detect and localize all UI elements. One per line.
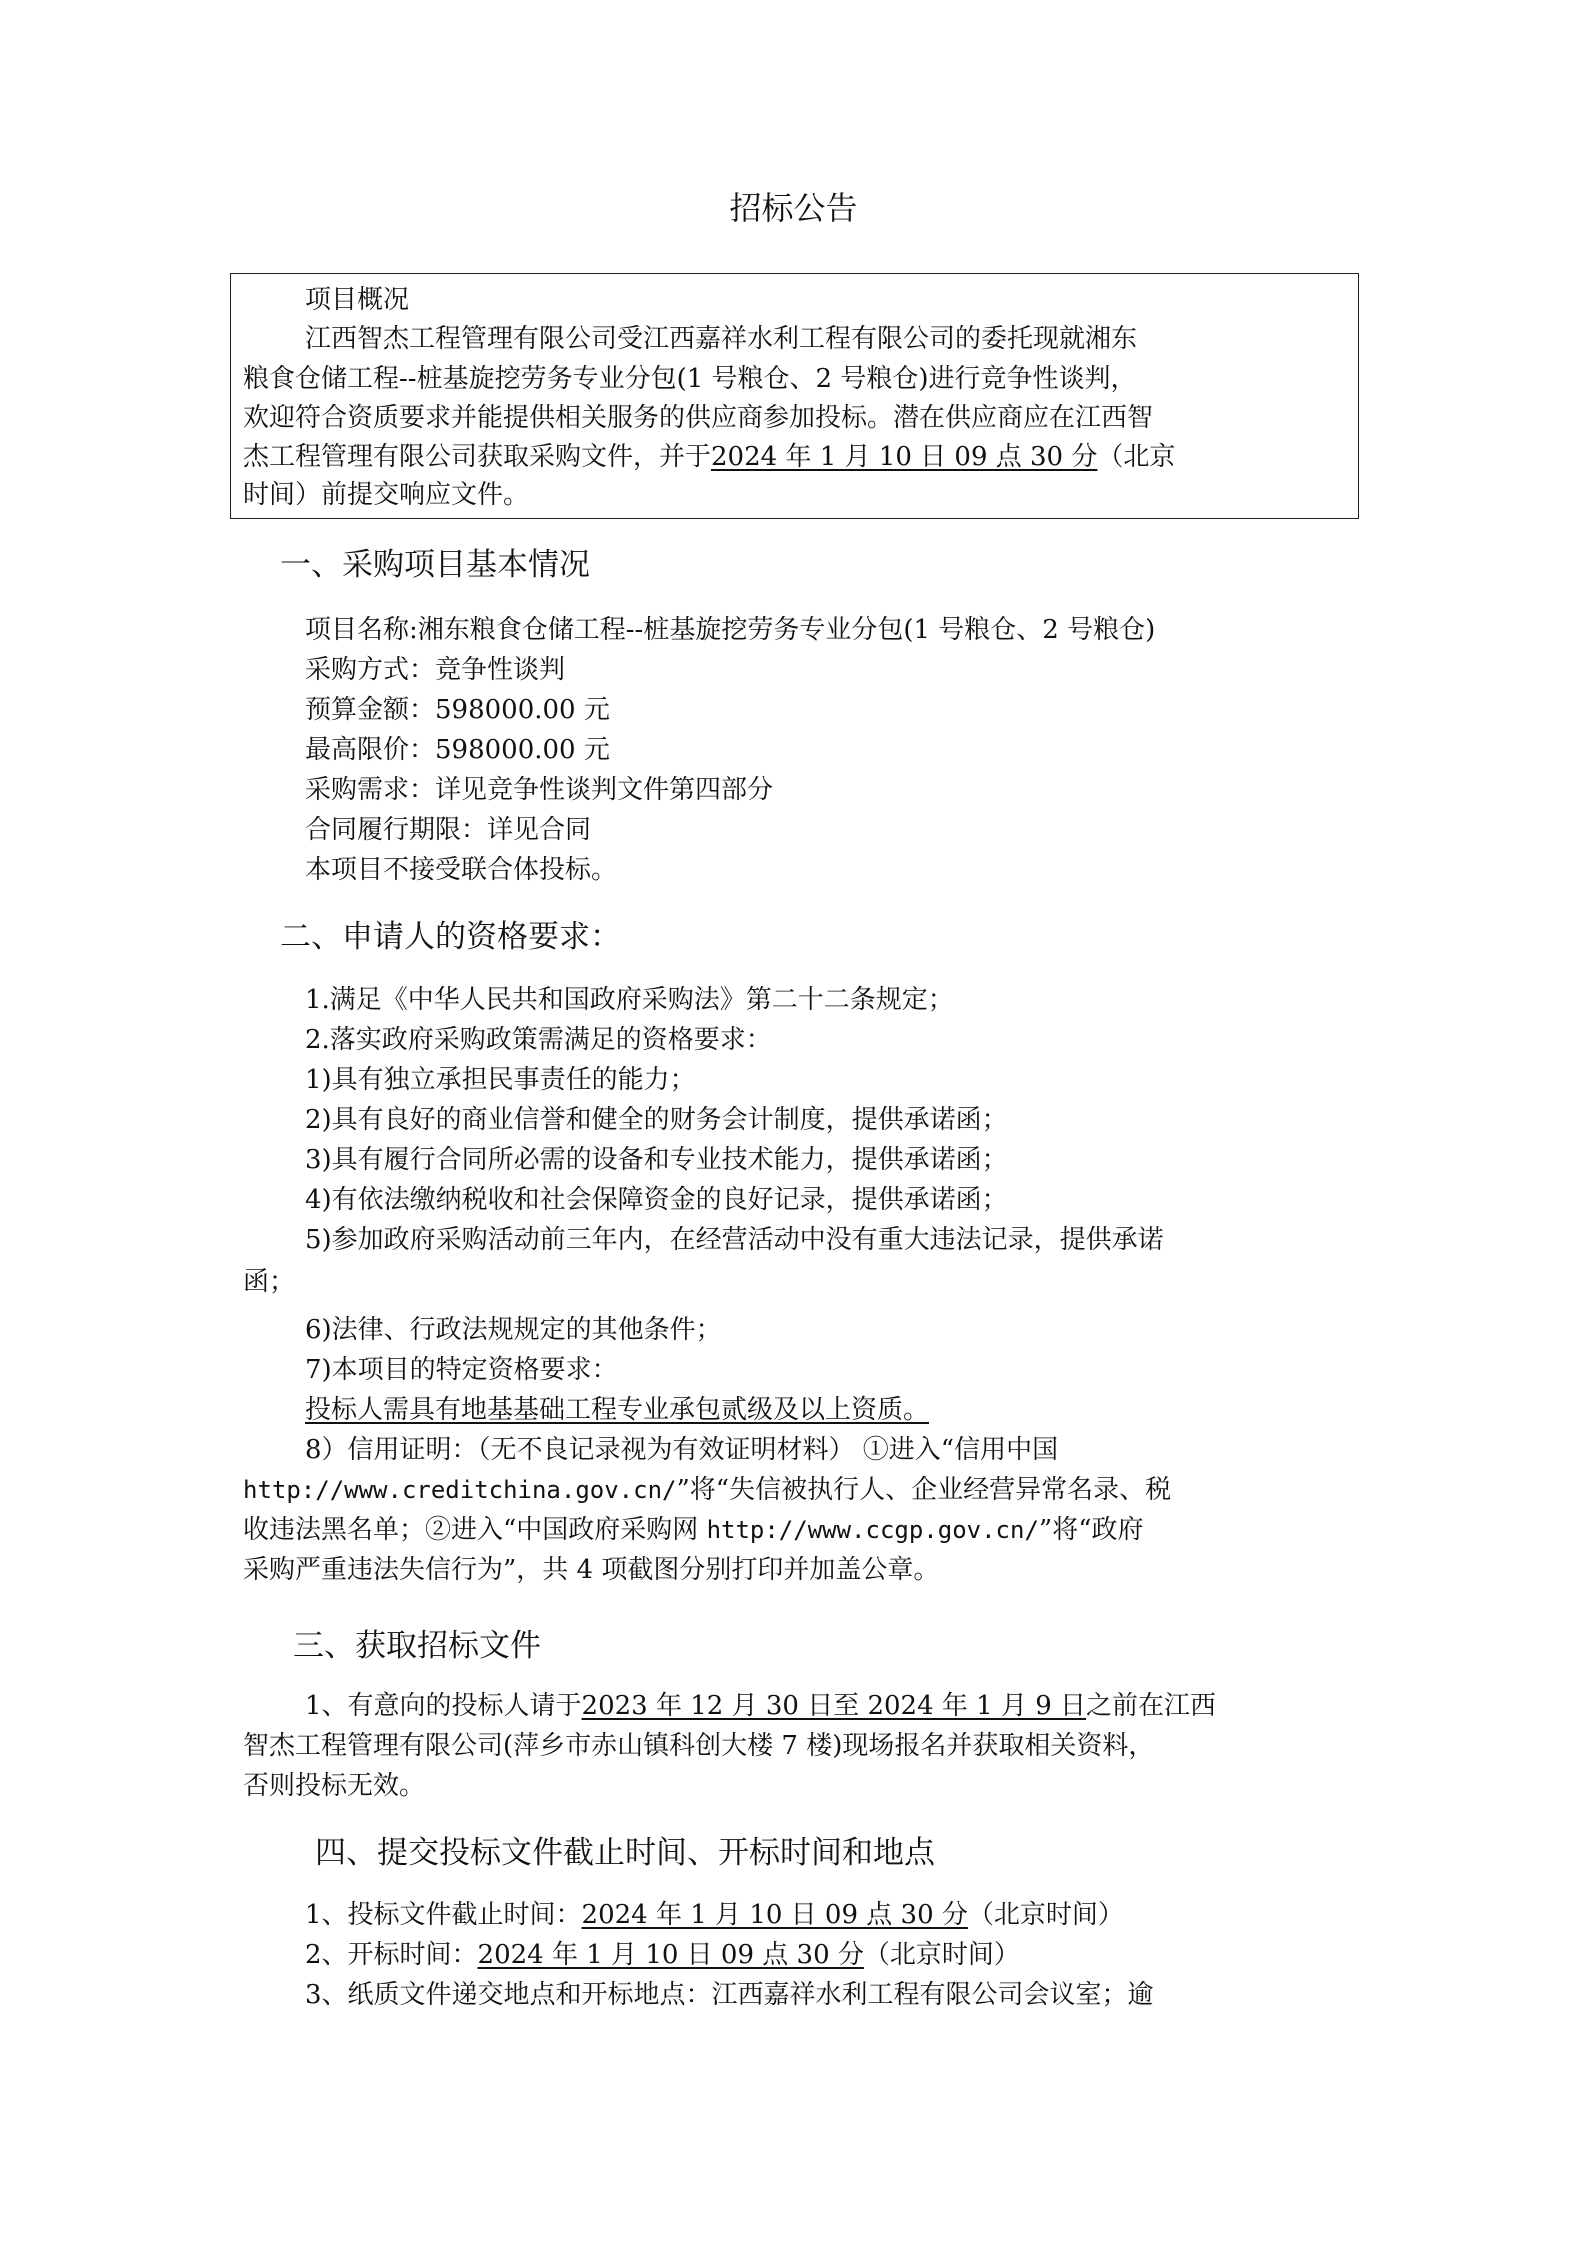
section3-line: 1、有意向的投标人请于2023 年 12 月 30 日至 2024 年 1 月 … [305,1691,1216,1721]
overview-line: 粮食仓储工程--桩基旋挖劳务专业分包(1 号粮仓、2 号粮仓)进行竞争性谈判， [243,364,1136,394]
overview-line: 杰工程管理有限公司获取采购文件，并于2024 年 1 月 10 日 09 点 3… [243,442,1175,472]
credit-line: http://www.creditchina.gov.cn/”将“失信被执行人、… [243,1475,1171,1505]
section1-item: 采购需求：详见竞争性谈判文件第四部分 [305,775,773,805]
section3-line: 智杰工程管理有限公司(萍乡市赤山镇科创大楼 7 楼)现场报名并获取相关资料， [243,1731,1154,1761]
credit-line: 采购严重违法失信行为”，共 4 项截图分别打印并加盖公章。 [243,1555,939,1585]
section2-item: 2)具有良好的商业信誉和健全的财务会计制度，提供承诺函； [305,1105,1008,1135]
section1-item: 最高限价：598000.00 元 [305,735,610,765]
special-requirement: 投标人需具有地基基础工程专业承包贰级及以上资质。 [305,1395,929,1425]
overview-line: 时间）前提交响应文件。 [243,480,529,510]
section4-item: 1、投标文件截止时间：2024 年 1 月 10 日 09 点 30 分（北京时… [305,1900,1124,1930]
credit-line: 8）信用证明：（无不良记录视为有效证明材料） ①进入“信用中国 [305,1435,1058,1465]
section2-item: 1)具有独立承担民事责任的能力； [305,1065,696,1095]
creditchina-link[interactable]: http://www.creditchina.gov.cn/ [243,1476,676,1504]
section2-item: 6)法律、行政法规规定的其他条件； [305,1315,722,1345]
section3-heading: 三、获取招标文件 [293,1628,541,1664]
section4-text: （北京时间） [968,1900,1124,1930]
overview-line: 欢迎符合资质要求并能提供相关服务的供应商参加投标。潜在供应商应在江西智 [243,403,1153,433]
section4-item: 3、纸质文件递交地点和开标地点：江西嘉祥水利工程有限公司会议室；逾 [305,1980,1154,2010]
overview-deadline: 2024 年 1 月 10 日 09 点 30 分 [711,442,1097,472]
section1-item: 本项目不接受联合体投标。 [305,855,617,885]
section1-item: 项目名称:湘东粮食仓储工程--桩基旋挖劳务专业分包(1 号粮仓、2 号粮仓) [305,615,1155,645]
credit-text: 收违法黑名单；②进入“中国政府采购网 [243,1515,707,1545]
credit-text: ”将“政府 [1039,1515,1144,1545]
section3-text: 之前在江西 [1086,1691,1216,1721]
section1-heading: 一、采购项目基本情况 [280,547,590,583]
section4-text: （北京时间） [864,1940,1020,1970]
section4-label: 1、投标文件截止时间： [305,1900,582,1930]
credit-text: ”将“失信被执行人、企业经营异常名录、税 [676,1475,1171,1505]
section4-heading: 四、提交投标文件截止时间、开标时间和地点 [315,1835,935,1871]
section2-item: 5)参加政府采购活动前三年内，在经营活动中没有重大违法记录，提供承诺 [305,1225,1164,1255]
registration-dates: 2023 年 12 月 30 日至 2024 年 1 月 9 日 [582,1691,1087,1721]
section4-item: 2、开标时间：2024 年 1 月 10 日 09 点 30 分（北京时间） [305,1940,1020,1970]
section2-item: 函； [243,1267,295,1297]
overview-heading: 项目概况 [305,285,409,315]
overview-text: 杰工程管理有限公司获取采购文件，并于 [243,442,711,472]
section3-text: 1、有意向的投标人请于 [305,1691,582,1721]
section2-item: 1.满足《中华人民共和国政府采购法》第二十二条规定； [305,985,954,1015]
section1-item: 合同履行期限：详见合同 [305,815,591,845]
credit-line: 收违法黑名单；②进入“中国政府采购网 http://www.ccgp.gov.c… [243,1515,1144,1545]
section1-item: 采购方式：竞争性谈判 [305,655,565,685]
ccgp-link[interactable]: http://www.ccgp.gov.cn/ [707,1516,1039,1544]
section1-item: 预算金额：598000.00 元 [305,695,610,725]
section2-item: 2.落实政府采购政策需满足的资格要求： [305,1025,772,1055]
overview-text: （北京 [1097,442,1175,472]
submission-deadline: 2024 年 1 月 10 日 09 点 30 分 [582,1900,968,1930]
overview-line: 江西智杰工程管理有限公司受江西嘉祥水利工程有限公司的委托现就湘东 [305,324,1137,354]
section2-item: 7)本项目的特定资格要求： [305,1355,618,1385]
section2-heading: 二、申请人的资格要求： [280,919,621,955]
section2-item: 3)具有履行合同所必需的设备和专业技术能力，提供承诺函； [305,1145,1008,1175]
opening-time: 2024 年 1 月 10 日 09 点 30 分 [478,1940,864,1970]
document-title: 招标公告 [0,190,1587,226]
section4-label: 2、开标时间： [305,1940,478,1970]
section3-line: 否则投标无效。 [243,1771,425,1801]
section2-item: 4)有依法缴纳税收和社会保障资金的良好记录，提供承诺函； [305,1185,1008,1215]
